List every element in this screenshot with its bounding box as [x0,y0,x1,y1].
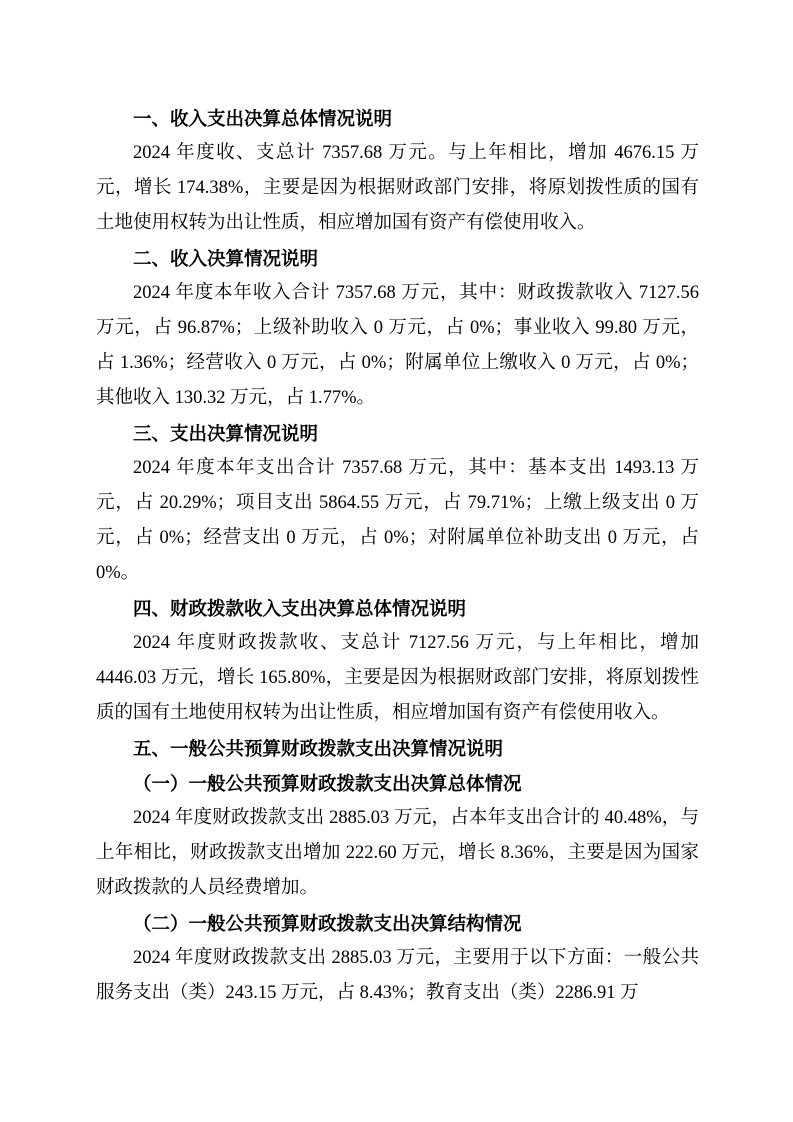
body-paragraph: 2024 年度收、支总计 7357.68 万元。与上年相比，增加 4676.15… [96,136,699,241]
body-paragraph: 2024 年度本年收入合计 7357.68 万元，其中：财政拨款收入 7127.… [96,276,699,416]
section-heading-5: 五、一般公共预算财政拨款支出决算情况说明 [96,731,699,766]
document-body: 一、收入支出决算总体情况说明 2024 年度收、支总计 7357.68 万元。与… [96,101,699,1011]
body-paragraph: 2024 年度财政拨款支出 2885.03 万元，主要用于以下方面：一般公共服务… [96,941,699,1011]
section-heading-3: 三、支出决算情况说明 [96,416,699,451]
body-paragraph: 2024 年度本年支出合计 7357.68 万元，其中：基本支出 1493.13… [96,451,699,591]
body-paragraph: 2024 年度财政拨款支出 2885.03 万元，占本年支出合计的 40.48%… [96,801,699,906]
section-heading-4: 四、财政拨款收入支出决算总体情况说明 [96,591,699,626]
sub-section-heading-5-2: （二）一般公共预算财政拨款支出决算结构情况 [96,906,699,941]
sub-section-heading-5-1: （一）一般公共预算财政拨款支出决算总体情况 [96,766,699,801]
body-paragraph: 2024 年度财政拨款收、支总计 7127.56 万元，与上年相比，增加 444… [96,626,699,731]
section-heading-1: 一、收入支出决算总体情况说明 [96,101,699,136]
document-page: 一、收入支出决算总体情况说明 2024 年度收、支总计 7357.68 万元。与… [0,0,793,1122]
section-heading-2: 二、收入决算情况说明 [96,241,699,276]
